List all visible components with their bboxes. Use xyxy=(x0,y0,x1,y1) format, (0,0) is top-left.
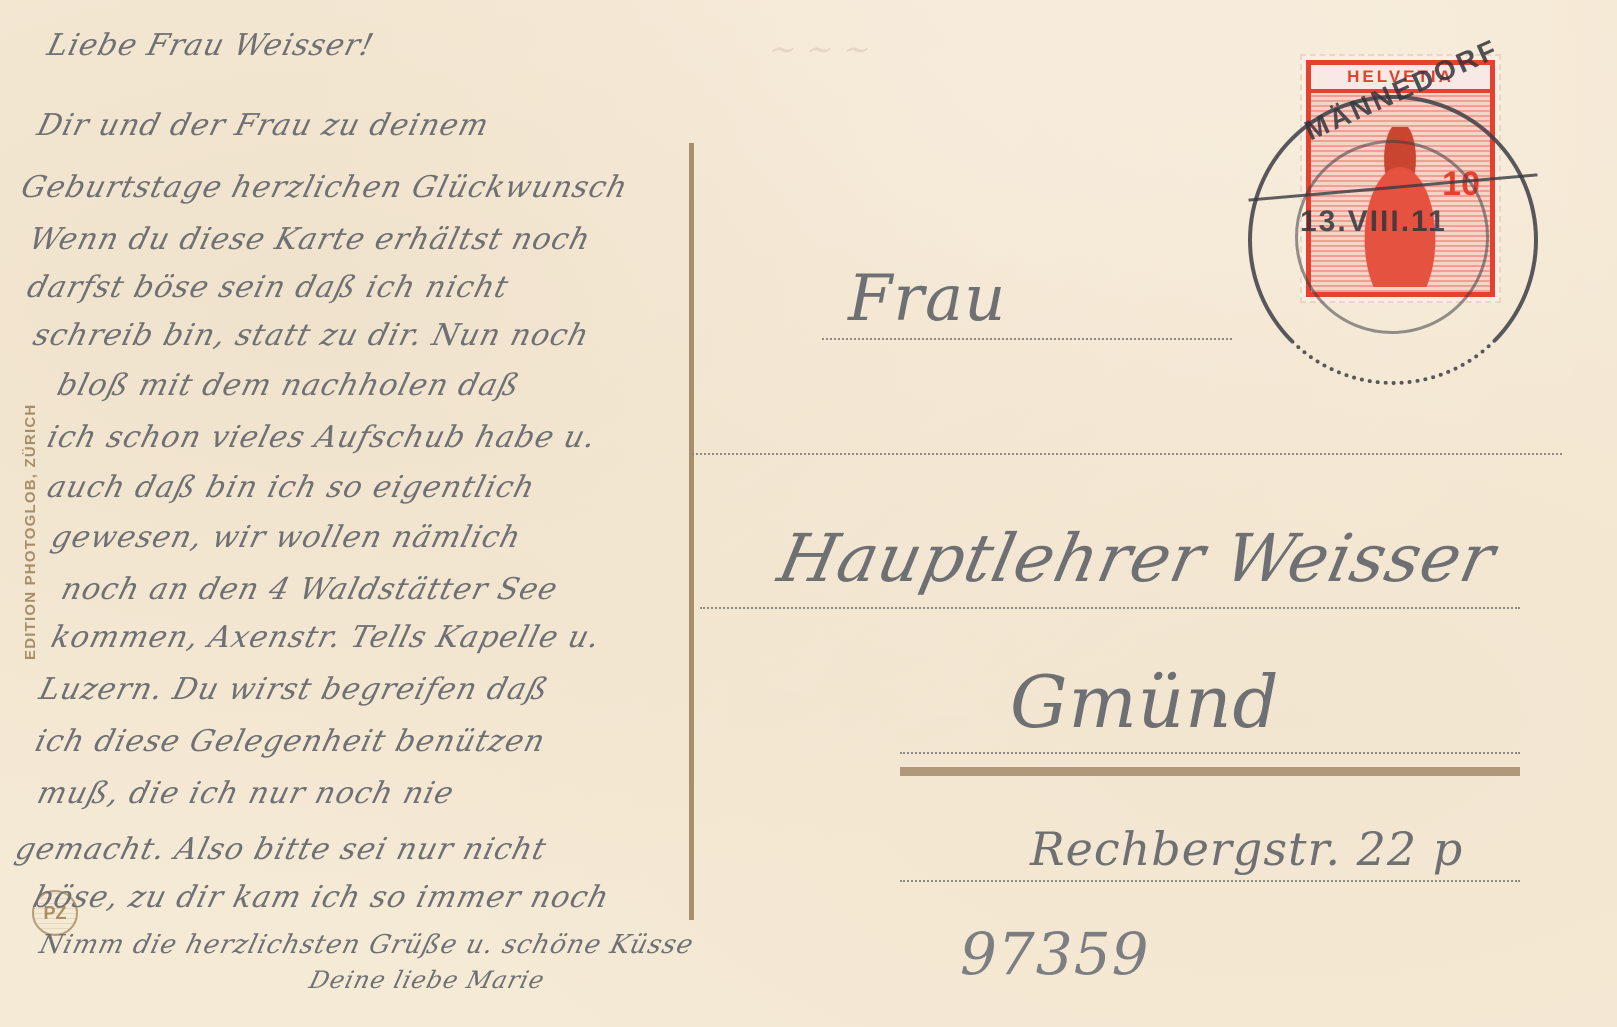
address-name: Hauptlehrer Weisser xyxy=(772,520,1502,597)
address-rule-2 xyxy=(692,453,1562,455)
address-rule-4 xyxy=(900,752,1520,754)
message-line: bloß mit dem nachholen daß xyxy=(54,368,524,403)
message-line: kommen, Axenstr. Tells Kapelle u. xyxy=(48,620,604,655)
message-line: Geburtstage herzlichen Glückwunsch xyxy=(18,170,632,205)
pencil-number: 97359 xyxy=(960,920,1150,988)
message-line: auch daß bin ich so eigentlich xyxy=(44,470,539,505)
message-line: gewesen, wir wollen nämlich xyxy=(48,520,525,555)
message-line: Luzern. Du wirst begreifen daß xyxy=(36,672,552,707)
message-line: noch an den 4 Waldstätter See xyxy=(58,572,562,607)
message-line: Dir und der Frau zu deinem xyxy=(34,108,493,143)
message-line: schreib bin, statt zu dir. Nun noch xyxy=(30,318,593,353)
message-line: muß, die ich nur noch nie xyxy=(34,776,458,811)
address-city: Gmünd xyxy=(1010,660,1280,744)
message-line: darfst böse sein daß ich nicht xyxy=(24,270,513,305)
address-rule-1 xyxy=(822,338,1232,340)
faint-pencil-mark: ~ ~ ~ xyxy=(764,30,877,68)
address-rule-3 xyxy=(700,607,1520,609)
message-line: Liebe Frau Weisser! xyxy=(44,28,378,63)
message-line: ich schon vieles Aufschub habe u. xyxy=(44,420,600,455)
address-salutation: Frau xyxy=(848,262,1006,336)
postmark-date: 13.VIII.11 xyxy=(1300,205,1447,239)
message-line: böse, zu dir kam ich so immer noch xyxy=(30,880,613,915)
message-signature: Deine liebe Marie xyxy=(307,966,548,994)
message-line: Nimm die herzlichsten Grüße u. schöne Kü… xyxy=(36,930,697,960)
message-line: ich diese Gelegenheit benützen xyxy=(32,724,549,759)
message-line: Wenn du diese Karte erhältst noch xyxy=(26,222,595,257)
postcard-back: ~ ~ ~ EDITION PHOTOGLOB, ZÜRICH PZ Liebe… xyxy=(0,0,1617,1027)
address-rule-5 xyxy=(900,880,1520,882)
publisher-imprint: EDITION PHOTOGLOB, ZÜRICH xyxy=(22,404,39,660)
address-street: Rechbergstr. 22 p xyxy=(1030,822,1463,876)
message-line: gemacht. Also bitte sei nur nicht xyxy=(12,832,551,867)
address-underline-bar xyxy=(900,767,1520,776)
divider-line xyxy=(689,143,694,920)
